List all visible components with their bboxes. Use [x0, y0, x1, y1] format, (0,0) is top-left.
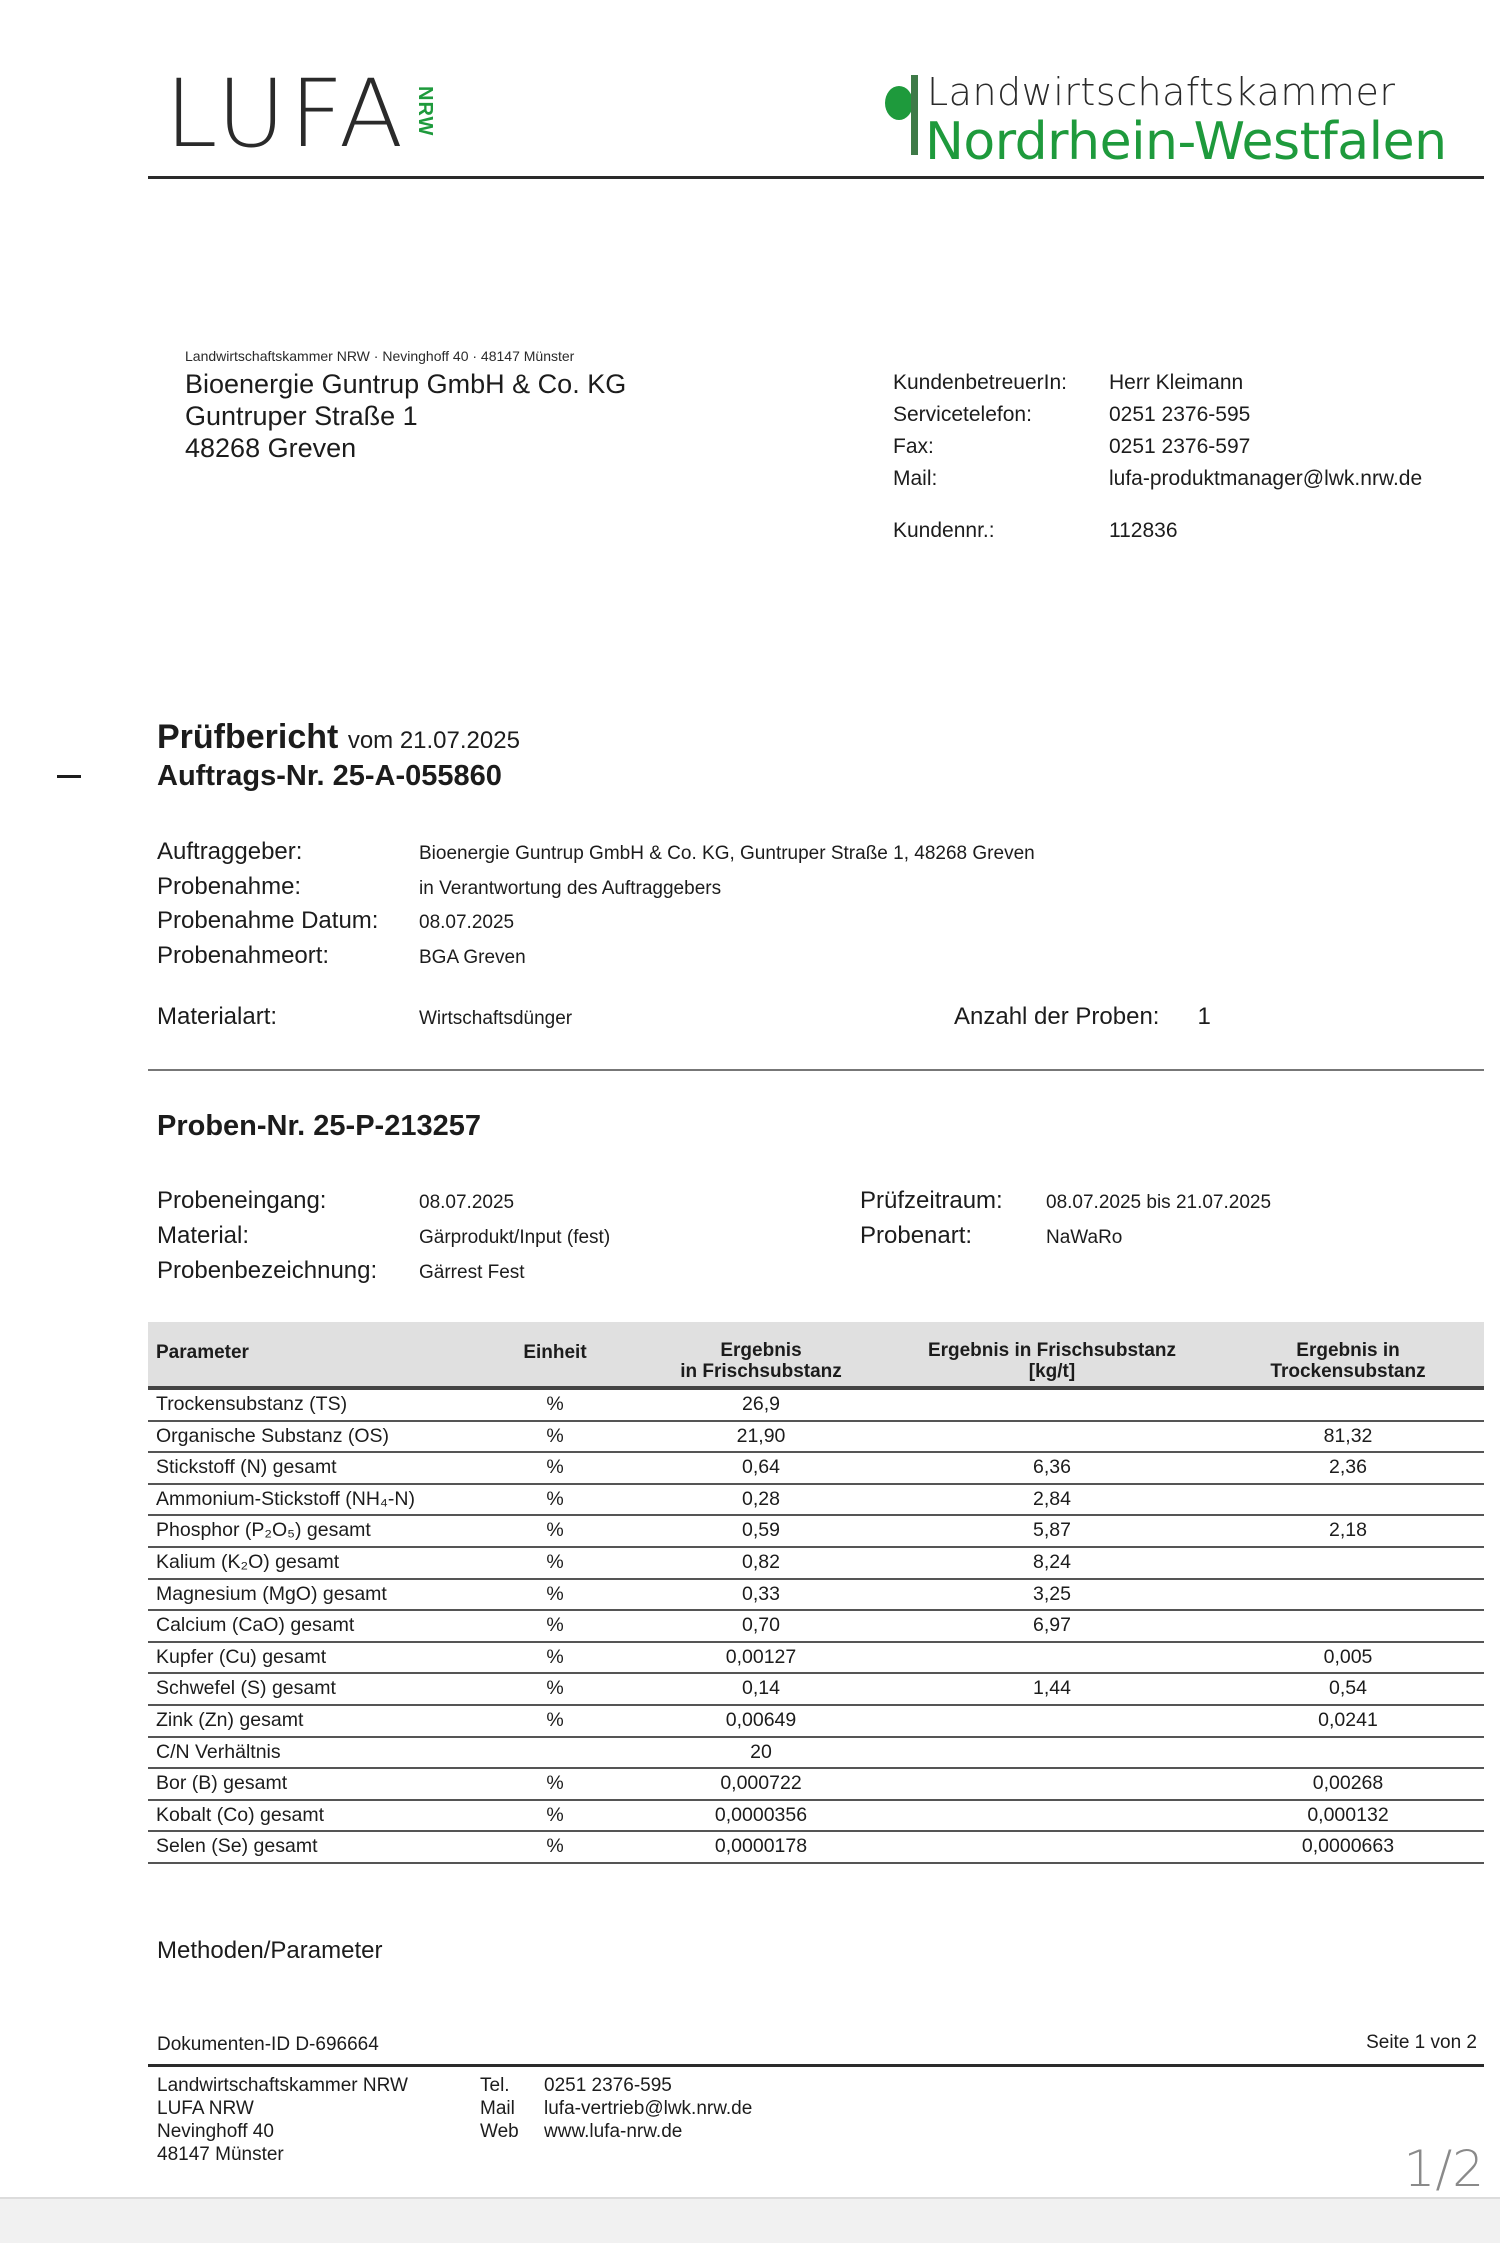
recipient-address: Bioenergie Guntrup GmbH & Co. KG Guntrup… [185, 368, 626, 464]
cell-ts [1212, 1737, 1484, 1769]
info-value: 08.07.2025 [419, 907, 514, 940]
footer-contact-label: Tel. [480, 2074, 544, 2097]
info-value: Bioenergie Guntrup GmbH & Co. KG, Guntru… [419, 838, 1035, 871]
section-divider [148, 1069, 1484, 1071]
header-unit: Einheit [480, 1322, 630, 1388]
recipient-city: 48268 Greven [185, 432, 626, 464]
customer-number: 112836 [1109, 515, 1178, 547]
table-row: C/N Verhältnis20 [148, 1737, 1484, 1769]
page-number: Seite 1 von 2 [1366, 2032, 1477, 2054]
lwk-bar-icon [911, 75, 918, 155]
report-title-text: Prüfbericht [157, 718, 338, 756]
sample-count-value: 1 [1197, 1003, 1210, 1031]
header-result-kgt-line1: Ergebnis in Frischsubstanz [898, 1340, 1206, 1361]
footer-address: Landwirtschaftskammer NRW LUFA NRW Nevin… [157, 2074, 408, 2166]
cell-unit: % [480, 1421, 630, 1453]
table-header-row: Parameter Einheit Ergebnisin Frischsubst… [148, 1322, 1484, 1388]
lufa-logo: LUFA [165, 68, 407, 162]
header-result-dry-line2: Trockensubstanz [1218, 1361, 1478, 1382]
recipient-street: Guntruper Straße 1 [185, 400, 626, 432]
sample-count-row: Anzahl der Proben:1 [954, 1003, 1211, 1031]
cell-kgt [892, 1705, 1212, 1737]
cell-ts: 0,000132 [1212, 1800, 1484, 1832]
viewer-bottom-bar [0, 2197, 1500, 2243]
cell-param: Bor (B) gesamt [148, 1768, 480, 1800]
footer-contact-row: Webwww.lufa-nrw.de [480, 2120, 752, 2143]
lufa-nrw-mark: NRW [414, 86, 438, 150]
sample-info-row: Probeneingang:08.07.2025 [157, 1184, 610, 1219]
cell-ts [1212, 1610, 1484, 1642]
info-label: Probenahmeort: [157, 940, 419, 973]
sample-info-value: Gärrest Fest [419, 1256, 525, 1289]
table-row: Kupfer (Cu) gesamt%0,001270,005 [148, 1642, 1484, 1674]
sample-info-value: NaWaRo [1046, 1221, 1122, 1254]
report-title: Prüfbericht vom 21.07.2025 [157, 718, 520, 757]
sample-info-row: Material:Gärprodukt/Input (fest) [157, 1219, 610, 1254]
lwk-dot-icon [885, 86, 913, 120]
viewer-page-indicator: 1/2 [1404, 2140, 1484, 2198]
table-row: Organische Substanz (OS)%21,9081,32 [148, 1421, 1484, 1453]
sample-count-label: Anzahl der Proben: [954, 1003, 1159, 1031]
cell-fs: 26,9 [630, 1388, 892, 1421]
cell-unit: % [480, 1831, 630, 1863]
contact-row: Fax:0251 2376-597 [893, 431, 1422, 463]
cell-fs: 0,82 [630, 1547, 892, 1579]
cell-param: Selen (Se) gesamt [148, 1831, 480, 1863]
fold-mark [57, 775, 81, 778]
sample-info-label: Probeneingang: [157, 1184, 419, 1217]
table-row: Kobalt (Co) gesamt%0,00003560,000132 [148, 1800, 1484, 1832]
table-row: Magnesium (MgO) gesamt%0,333,25 [148, 1579, 1484, 1611]
header-result-dry: Ergebnis inTrockensubstanz [1212, 1322, 1484, 1388]
cell-kgt [892, 1388, 1212, 1421]
cell-unit [480, 1737, 630, 1769]
table-row: Bor (B) gesamt%0,0007220,00268 [148, 1768, 1484, 1800]
sample-info-label: Probenart: [860, 1219, 1046, 1252]
info-row: Probenahme Datum:08.07.2025 [157, 905, 1035, 940]
lwk-logo-line1: Landwirtschaftskammer [927, 70, 1395, 114]
header-parameter: Parameter [148, 1322, 480, 1388]
cell-param: Trockensubstanz (TS) [148, 1388, 480, 1421]
footer-web-link[interactable]: www.lufa-nrw.de [544, 2120, 682, 2143]
header-divider [148, 176, 1484, 179]
footer-address-line: 48147 Münster [157, 2143, 408, 2166]
cell-unit: % [480, 1484, 630, 1516]
sample-info-row: Probenart:NaWaRo [860, 1219, 1271, 1254]
cell-kgt: 5,87 [892, 1515, 1212, 1547]
cell-ts: 0,005 [1212, 1642, 1484, 1674]
footer-contact: Tel.0251 2376-595 Maillufa-vertrieb@lwk.… [480, 2074, 752, 2143]
contact-row: Servicetelefon:0251 2376-595 [893, 399, 1422, 431]
cell-fs: 0,28 [630, 1484, 892, 1516]
cell-fs: 0,70 [630, 1610, 892, 1642]
footer-contact-row: Maillufa-vertrieb@lwk.nrw.de [480, 2097, 752, 2120]
cell-param: Ammonium-Stickstoff (NH₄-N) [148, 1484, 480, 1516]
header-result-dry-line1: Ergebnis in [1218, 1340, 1478, 1361]
cell-fs: 0,14 [630, 1673, 892, 1705]
contact-row: Mail:lufa-produktmanager@lwk.nrw.de [893, 463, 1422, 495]
table-row: Phosphor (P₂O₅) gesamt%0,595,872,18 [148, 1515, 1484, 1547]
cell-fs: 0,00649 [630, 1705, 892, 1737]
cell-ts: 2,36 [1212, 1452, 1484, 1484]
sample-info-value: 08.07.2025 bis 21.07.2025 [1046, 1186, 1271, 1219]
contact-value: 0251 2376-595 [1109, 399, 1250, 431]
cell-unit: % [480, 1579, 630, 1611]
cell-kgt: 6,97 [892, 1610, 1212, 1642]
sample-info-right: Prüfzeitraum:08.07.2025 bis 21.07.2025 P… [860, 1184, 1271, 1254]
material-type-value: Wirtschaftsdünger [419, 1008, 572, 1030]
footer-contact-label: Mail [480, 2097, 544, 2120]
cell-fs: 0,64 [630, 1452, 892, 1484]
cell-ts: 0,54 [1212, 1673, 1484, 1705]
info-row: Probenahmeort:BGA Greven [157, 940, 1035, 975]
footer-contact-label: Web [480, 2120, 544, 2143]
sender-line: Landwirtschaftskammer NRW · Nevinghoff 4… [185, 348, 574, 364]
cell-param: Phosphor (P₂O₅) gesamt [148, 1515, 480, 1547]
footer-address-line: Nevinghoff 40 [157, 2120, 408, 2143]
cell-unit: % [480, 1547, 630, 1579]
cell-kgt: 3,25 [892, 1579, 1212, 1611]
info-value: in Verantwortung des Auftraggebers [419, 873, 721, 906]
cell-fs: 0,000722 [630, 1768, 892, 1800]
contact-label: Fax: [893, 431, 1109, 463]
sample-info-label: Prüfzeitraum: [860, 1184, 1046, 1217]
cell-ts: 0,0241 [1212, 1705, 1484, 1737]
cell-unit: % [480, 1673, 630, 1705]
footer-phone: 0251 2376-595 [544, 2074, 672, 2097]
table-row: Trockensubstanz (TS)%26,9 [148, 1388, 1484, 1421]
info-row: Auftraggeber:Bioenergie Guntrup GmbH & C… [157, 836, 1035, 871]
footer-contact-row: Tel.0251 2376-595 [480, 2074, 752, 2097]
header-result-fresh: Ergebnisin Frischsubstanz [630, 1322, 892, 1388]
contact-label: KundenbetreuerIn: [893, 367, 1109, 399]
order-number: Auftrags-Nr. 25-A-055860 [157, 760, 502, 793]
sample-info-label: Material: [157, 1219, 419, 1252]
info-label: Probenahme Datum: [157, 905, 419, 938]
cell-unit: % [480, 1642, 630, 1674]
cell-fs: 20 [630, 1737, 892, 1769]
header-result-fresh-line2: in Frischsubstanz [636, 1361, 886, 1382]
recipient-name: Bioenergie Guntrup GmbH & Co. KG [185, 368, 626, 400]
cell-ts: 2,18 [1212, 1515, 1484, 1547]
cell-unit: % [480, 1610, 630, 1642]
cell-unit: % [480, 1800, 630, 1832]
cell-ts [1212, 1388, 1484, 1421]
cell-ts: 0,0000663 [1212, 1831, 1484, 1863]
header-result-fresh-kgt: Ergebnis in Frischsubstanz[kg/t] [892, 1322, 1212, 1388]
contact-block: KundenbetreuerIn:Herr Kleimann Servicete… [893, 367, 1422, 547]
contact-label: Mail: [893, 463, 1109, 495]
material-type-label: Materialart: [157, 1003, 419, 1031]
cell-param: Organische Substanz (OS) [148, 1421, 480, 1453]
cell-fs: 0,33 [630, 1579, 892, 1611]
info-label: Probenahme: [157, 871, 419, 904]
cell-ts [1212, 1547, 1484, 1579]
cell-kgt [892, 1737, 1212, 1769]
material-type-row: Materialart:Wirtschaftsdünger [157, 1003, 572, 1031]
footer-address-line: Landwirtschaftskammer NRW [157, 2074, 408, 2097]
cell-kgt: 2,84 [892, 1484, 1212, 1516]
header-result-kgt-line2: [kg/t] [898, 1361, 1206, 1382]
cell-param: Zink (Zn) gesamt [148, 1705, 480, 1737]
contact-label: Servicetelefon: [893, 399, 1109, 431]
cell-kgt [892, 1800, 1212, 1832]
cell-param: Stickstoff (N) gesamt [148, 1452, 480, 1484]
info-row: Probenahme:in Verantwortung des Auftragg… [157, 871, 1035, 906]
sample-info-row: Prüfzeitraum:08.07.2025 bis 21.07.2025 [860, 1184, 1271, 1219]
cell-param: C/N Verhältnis [148, 1737, 480, 1769]
table-row: Schwefel (S) gesamt%0,141,440,54 [148, 1673, 1484, 1705]
cell-unit: % [480, 1705, 630, 1737]
table-row: Kalium (K₂O) gesamt%0,828,24 [148, 1547, 1484, 1579]
cell-unit: % [480, 1768, 630, 1800]
table-row: Calcium (CaO) gesamt%0,706,97 [148, 1610, 1484, 1642]
cell-unit: % [480, 1452, 630, 1484]
cell-kgt: 6,36 [892, 1452, 1212, 1484]
cell-ts: 0,00268 [1212, 1768, 1484, 1800]
table-row: Stickstoff (N) gesamt%0,646,362,36 [148, 1452, 1484, 1484]
cell-fs: 0,0000356 [630, 1800, 892, 1832]
document-id: Dokumenten-ID D-696664 [157, 2034, 379, 2056]
cell-param: Calcium (CaO) gesamt [148, 1610, 480, 1642]
sample-number: Proben-Nr. 25-P-213257 [157, 1110, 481, 1143]
cell-param: Kobalt (Co) gesamt [148, 1800, 480, 1832]
report-date: vom 21.07.2025 [348, 727, 520, 754]
info-label: Auftraggeber: [157, 836, 419, 869]
sample-info-value: Gärprodukt/Input (fest) [419, 1221, 610, 1254]
cell-ts [1212, 1579, 1484, 1611]
results-table: Parameter Einheit Ergebnisin Frischsubst… [148, 1322, 1484, 1864]
cell-kgt [892, 1831, 1212, 1863]
customer-number-label: Kundennr.: [893, 515, 1109, 547]
table-row: Ammonium-Stickstoff (NH₄-N)%0,282,84 [148, 1484, 1484, 1516]
cell-ts: 81,32 [1212, 1421, 1484, 1453]
table-row: Zink (Zn) gesamt%0,006490,0241 [148, 1705, 1484, 1737]
lwk-logo-line2: Nordrhein-Westfalen [925, 112, 1447, 172]
table-row: Selen (Se) gesamt%0,00001780,0000663 [148, 1831, 1484, 1863]
footer-divider [148, 2064, 1484, 2067]
sample-info-left: Probeneingang:08.07.2025 Material:Gärpro… [157, 1184, 610, 1289]
cell-fs: 21,90 [630, 1421, 892, 1453]
cell-kgt [892, 1768, 1212, 1800]
sample-info-row: Probenbezeichnung:Gärrest Fest [157, 1254, 610, 1289]
cell-fs: 0,00127 [630, 1642, 892, 1674]
cell-kgt: 8,24 [892, 1547, 1212, 1579]
order-info: Auftraggeber:Bioenergie Guntrup GmbH & C… [157, 836, 1035, 974]
cell-param: Magnesium (MgO) gesamt [148, 1579, 480, 1611]
contact-email-link[interactable]: lufa-produktmanager@lwk.nrw.de [1109, 463, 1422, 495]
lufa-nrw-text: NRW [413, 86, 436, 136]
cell-unit: % [480, 1515, 630, 1547]
cell-param: Kupfer (Cu) gesamt [148, 1642, 480, 1674]
contact-value: Herr Kleimann [1109, 367, 1243, 399]
cell-kgt [892, 1642, 1212, 1674]
header-result-fresh-line1: Ergebnis [636, 1340, 886, 1361]
contact-value: 0251 2376-597 [1109, 431, 1250, 463]
footer-email-link[interactable]: lufa-vertrieb@lwk.nrw.de [544, 2097, 752, 2120]
info-value: BGA Greven [419, 942, 526, 975]
sample-info-label: Probenbezeichnung: [157, 1254, 419, 1287]
sample-info-value: 08.07.2025 [419, 1186, 514, 1219]
contact-row: KundenbetreuerIn:Herr Kleimann [893, 367, 1422, 399]
cell-kgt: 1,44 [892, 1673, 1212, 1705]
cell-fs: 0,59 [630, 1515, 892, 1547]
cell-ts [1212, 1484, 1484, 1516]
methods-heading: Methoden/Parameter [157, 1937, 382, 1965]
cell-fs: 0,0000178 [630, 1831, 892, 1863]
cell-param: Kalium (K₂O) gesamt [148, 1547, 480, 1579]
customer-number-row: Kundennr.:112836 [893, 515, 1422, 547]
footer-address-line: LUFA NRW [157, 2097, 408, 2120]
cell-param: Schwefel (S) gesamt [148, 1673, 480, 1705]
cell-unit: % [480, 1388, 630, 1421]
cell-kgt [892, 1421, 1212, 1453]
